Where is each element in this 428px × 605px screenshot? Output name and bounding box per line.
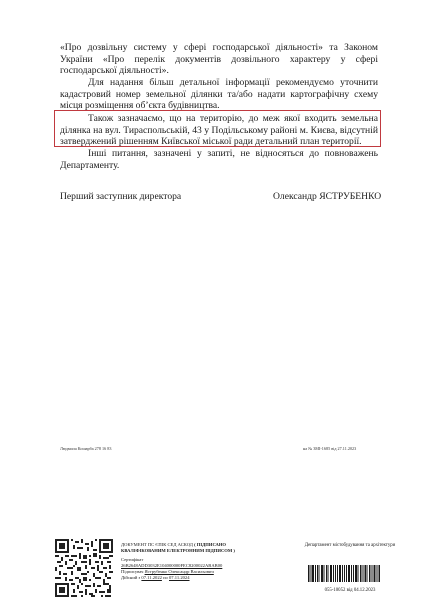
stamp-system-name: ДОКУМЕНТ ПС ЄПІК СЕД АСКОД [121,542,193,547]
text-line: України «Про перелік документів дозвільн… [60,54,378,66]
qr-code-icon [55,538,113,598]
stamp-qualified-signature: КВАЛІФІКОВАНИМ ЕЛЕКТРОННИМ ПІДПИСОМ ) [121,548,235,553]
paragraph-detailed-plan: Також зазначаємо, що на територію, до ме… [60,113,378,148]
text-line: господарської діяльності». [60,65,378,77]
text-line: ділянка на вул. Тираспольській, 43 у Под… [60,125,378,137]
validity-row: Дійсний з 07.11.2022 по 07.11.2024 [121,575,291,581]
stamp-signed-label: ( ПІДПИСАНО [194,542,226,547]
valid-from-date: 07.11.2022 [141,575,162,580]
incoming-reference: на № 3МІ-1685 від 27.11.2023 [303,446,356,451]
text-line: Також зазначаємо, що на територію, до ме… [60,113,378,125]
valid-to-label: по [163,575,168,580]
paragraph-other-questions: Інші питання, зазначені у запиті, не від… [60,148,378,171]
signatory-title: Перший заступник директора [60,191,181,202]
valid-from-label: Дійсний з [121,575,140,580]
text-line: кадастровий номер земельної ділянки та/а… [60,89,378,101]
e-signature-stamp: ДОКУМЕНТ ПС ЄПІК СЕД АСКОД ( ПІДПИСАНО К… [121,542,291,581]
text-line: Для надання більш детальної інформації р… [60,77,378,89]
barcode-icon [308,565,380,582]
text-line: «Про дозвільну систему у сфері господарс… [60,42,378,54]
text-line: Департаменту. [60,160,378,172]
paragraph-recommendation: Для надання більш детальної інформації р… [60,77,378,112]
signatory-name: Олександр ЯСТРУБЕНКО [273,191,381,202]
signer-label: Підписувач [121,569,143,574]
executor-contact: Людмила Кошарба 278 16 83 [60,446,111,451]
document-page: «Про дозвільну систему у сфері господарс… [0,0,428,605]
text-line: Інші питання, зазначені у запиті, не від… [60,148,378,160]
valid-to-date: 07.11.2024 [169,575,190,580]
registration-department: Департамент містобудування та архітектур… [300,543,400,549]
registration-number: 055-10052 від 04.12.2023 [300,588,400,593]
paragraph-law-reference: «Про дозвільну систему у сфері господарс… [60,42,378,77]
stamp-title: ДОКУМЕНТ ПС ЄПІК СЕД АСКОД ( ПІДПИСАНО К… [121,542,291,554]
text-line: затверджений рішенням Київської міської … [60,136,378,148]
signer-name: Яструбенко Олександр Васильович [145,569,214,574]
